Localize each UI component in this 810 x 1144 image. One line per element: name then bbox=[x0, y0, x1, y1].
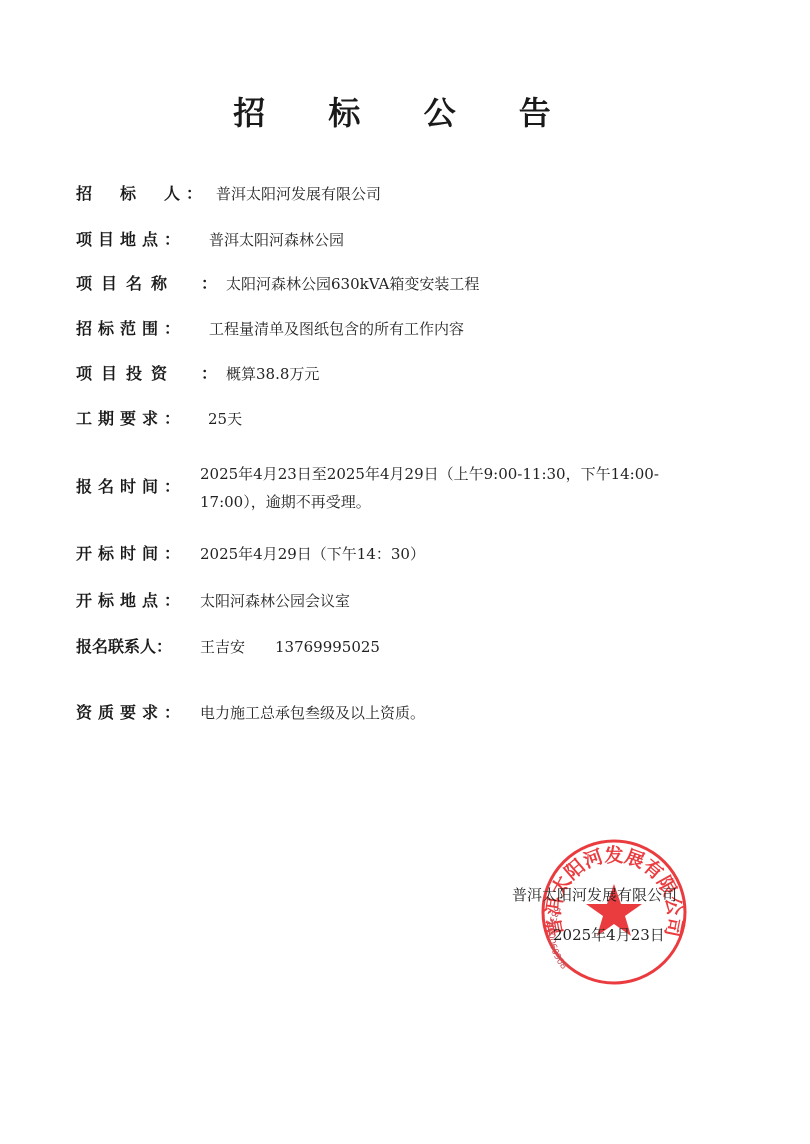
field-label: 招标范围： bbox=[76, 316, 186, 342]
field-label: 项目地点： bbox=[76, 227, 186, 253]
page-title: 招 标 公 告 bbox=[0, 88, 810, 134]
field-value: 2025年4月29日（下午14：30） bbox=[200, 541, 425, 567]
field-value: 太阳河森林公园630kVA箱变安装工程 bbox=[226, 271, 479, 297]
field-label: 开标地点： bbox=[76, 588, 186, 614]
field-value: 太阳河森林公园会议室 bbox=[200, 588, 350, 614]
field-value: 2025年4月23日至2025年4月29日（上午9:00-11:30，下午14:… bbox=[200, 460, 670, 516]
field-label: 报名时间： bbox=[76, 474, 186, 500]
field-value: 电力施工总承包叁级及以上资质。 bbox=[200, 700, 425, 726]
field-value: 概算38.8万元 bbox=[226, 361, 319, 387]
field-value: 普洱太阳河发展有限公司 bbox=[216, 181, 381, 207]
field-label: 开标时间： bbox=[76, 541, 186, 567]
field-label: 项目投资 ： bbox=[76, 361, 226, 387]
field-value: 工程量清单及图纸包含的所有工作内容 bbox=[209, 316, 464, 342]
signature-company: 普洱太阳河发展有限公司 bbox=[512, 884, 677, 905]
field-value: 王吉安 13769995025 bbox=[200, 634, 380, 660]
signature-date: 2025年4月23日 bbox=[553, 924, 665, 945]
field-label: 报名联系人： bbox=[76, 634, 172, 660]
field-label: 资质要求： bbox=[76, 700, 186, 726]
field-value: 25天 bbox=[208, 406, 242, 432]
company-seal-stamp: 普洱太阳河发展有限公司 533000060908 bbox=[540, 838, 688, 986]
field-label: 项目名称 ： bbox=[76, 271, 226, 297]
field-label: 招 标 人： bbox=[76, 181, 208, 207]
field-label: 工期要求： bbox=[76, 406, 186, 432]
field-value: 普洱太阳河森林公园 bbox=[209, 227, 344, 253]
